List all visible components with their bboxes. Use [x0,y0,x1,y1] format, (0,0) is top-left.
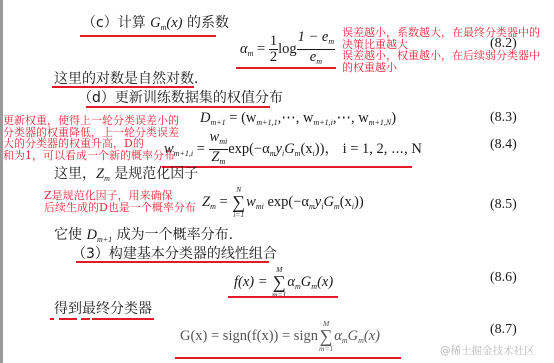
sub: mi [219,137,227,146]
underline-eq-8-4 [162,166,412,168]
underline-final-dash-4 [92,318,154,320]
Z: Z [202,194,210,210]
annotation-line: 大的分类器的权重升高，D的 [3,138,179,150]
annotation-line: 误差越小，系数越大，在最终分类器中的 [342,27,540,39]
equation-number-8-5: (8.5) [490,197,517,213]
heading-suffix: 的系数 [187,15,229,31]
distribution-note: 它使 Dm+1 成为一个概率分布. [54,224,233,244]
num: w [210,129,220,145]
x: (x) [317,274,333,290]
equation-8-7: G(x) = sign(f(x)) = signM∑m=1αmGm(x) [180,320,380,353]
page-left-border [0,0,3,363]
G: G [348,328,358,344]
section-3-heading: （3）构建基本分类器的线性组合 [72,243,277,263]
underline-final-dash-3 [81,318,90,320]
num: 1 − e [298,29,329,45]
heading-text: （c）计算 [82,15,146,31]
annotation-weight-update: 更新权重，使得上一轮分类误差小的 分类器的权重降低，上一轮分类误差 大的分类器的… [3,115,179,161]
equation-8-4: wm+1,i = wmiZmexp(−αmyiGm(xi))， i = 1, 2… [164,130,422,169]
x: (x) [364,328,380,344]
sub: m+1,N [369,118,392,127]
watermark: @稀土掘金技术社区 [440,343,535,358]
w: w [164,141,174,157]
Z: Z [96,166,104,182]
equation-number-8-7: (8.7) [490,322,517,338]
section-d-heading: （d）更新训练数据集的权值分布 [78,87,283,107]
underline-final-dash-2 [59,318,77,320]
sub: m+1,1 [256,118,277,127]
D: D [200,110,210,126]
alpha: α [334,328,342,344]
underline-eq-8-7 [175,357,401,359]
underline-eq-8-2 [236,67,336,69]
equation-8-3: Dm+1 = (wm+1,1,⋯, wm+1,i,⋯, wm+1,N) [200,110,396,127]
math-arg: (x) [166,15,182,31]
math-G: G [150,15,160,31]
sum-bot: m=1 [319,345,333,353]
equation-number-8-6: (8.6) [490,270,517,286]
text: 成为一个概率分布. [112,227,233,243]
alpha: α [287,274,295,290]
close: )) [315,141,325,157]
G: G [301,274,311,290]
sign-expr: G(x) = sign(f(x)) = sign [180,328,318,344]
summation: M∑m=1 [319,320,333,353]
close: )) [354,194,364,210]
normalization-note: 这里，Zm 是规范化因子 [54,163,198,183]
annotation-line: 后续生成的D也是一个概率分布 [44,202,196,214]
annotation-coefficient: 误差越小，系数越大，在最终分类器中的 决策比重越大 误差越小，权重越小，在后续弱… [342,27,540,73]
fraction-normalize: wmiZm [209,130,229,169]
equation-8-2: αm = 12log1 − emem [240,30,335,69]
underline-eq-8-6 [228,296,338,298]
fraction-error: 1 − emem [297,30,336,69]
annotation-line: Z是规范化因子，用来确保 [44,190,196,202]
end: ) [391,110,396,126]
text: 它使 [54,227,86,243]
equals: = [253,41,268,57]
equation-8-5: Zm = N∑i=1wmi exp(−αmyiGm(xi)) [202,186,364,219]
sub: m [316,57,322,66]
den: Z [211,149,219,165]
sub: m+1,i [174,149,193,158]
underline-section-d [86,106,270,108]
sub: m+1,i [313,118,332,127]
sum-bot: i=1 [232,211,245,219]
equation-8-6: f(x) = M∑m=1αmGm(x) [234,266,333,299]
G: G [284,141,294,157]
summation: N∑i=1 [232,186,245,219]
annotation-normalization: Z是规范化因子，用来确保 后续生成的D也是一个概率分布 [44,190,196,213]
text: 这里， [54,166,96,182]
annotation-line: 误差越小，权重越小，在后续弱分类器中 [342,50,540,62]
natural-log-note: 这里的对数是自然对数. [54,68,198,88]
annotation-line: 更新权重，使得上一轮分类误差小的 [3,115,179,127]
equation-number-8-4: (8.4) [490,137,517,153]
fraction-half: 12 [269,34,278,65]
underline-section-3 [76,261,269,263]
range: ， i = 1, 2, ⋯, N [324,141,421,157]
final-classifier-note: 得到最终分类器 [54,298,152,318]
sub: m+1 [210,118,225,127]
G: G [323,194,333,210]
sub: mi [256,202,264,211]
alpha: α [240,41,248,57]
f-of-x: f(x) = [234,274,271,290]
annotation-line: 的权重越小 [342,62,540,74]
log: log [278,41,297,57]
sub: m [220,157,226,166]
x: (x [300,141,312,157]
text: 是规范化因子 [110,166,198,182]
annotation-line: 和为1，可以看成一个新的概率分布 [3,150,179,162]
equals: = [193,141,208,157]
underline-section-c [80,35,216,37]
exp: exp(−α [264,194,309,210]
mid: ,⋯, w [333,110,369,126]
equation-number-8-3: (8.3) [490,110,517,126]
summation: M∑m=1 [272,266,286,299]
den: 2 [269,50,278,65]
sub: m [328,37,334,46]
rhs: = (w [226,110,257,126]
mid: ,⋯, w [278,110,314,126]
D: D [86,227,96,243]
w: w [246,194,256,210]
x: (x [340,194,352,210]
equals: = [216,194,231,210]
num: 1 [269,34,278,50]
section-c-heading: （c）计算 Gm(x) 的系数 [82,12,229,32]
exp: exp(−α [228,141,270,157]
underline-final-dash-1 [50,318,54,320]
